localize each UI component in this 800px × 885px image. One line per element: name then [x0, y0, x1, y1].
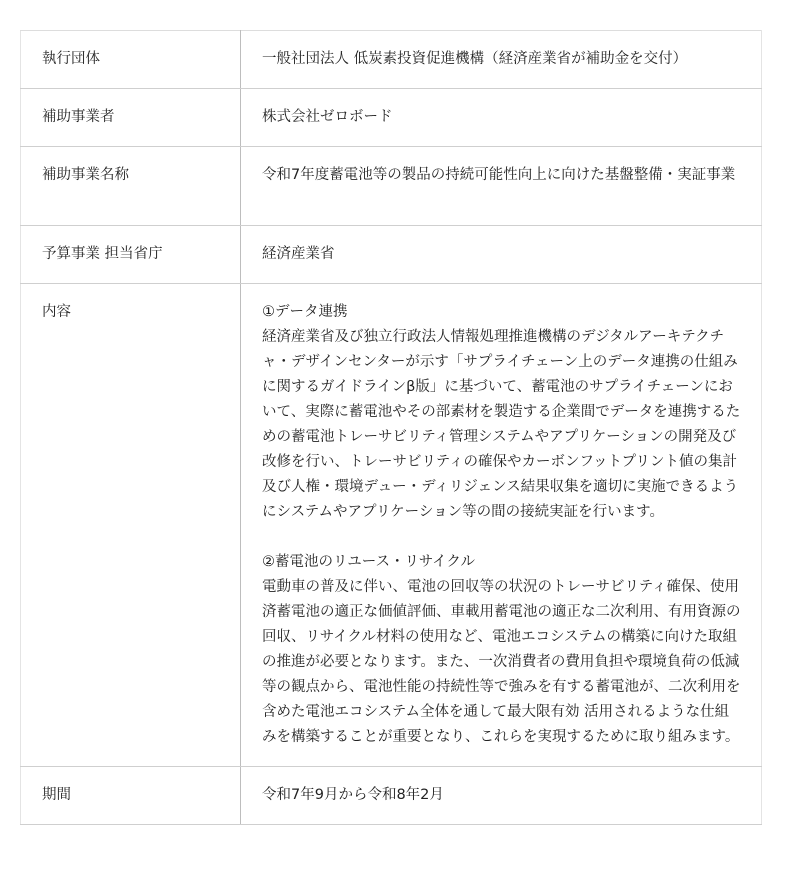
table-row-grantee: 補助事業者 株式会社ゼロボード — [21, 89, 762, 147]
row-label: 執行団体 — [21, 31, 241, 89]
table-row-project-name: 補助事業名称 令和7年度蓄電池等の製品の持続可能性向上に向けた基盤整備・実証事業 — [21, 147, 762, 226]
row-label: 内容 — [21, 284, 241, 767]
row-label: 補助事業者 — [21, 89, 241, 147]
row-label: 期間 — [21, 767, 241, 825]
row-label: 補助事業名称 — [21, 147, 241, 226]
section-body-data-linkage: 経済産業省及び独立行政法人情報処理推進機構のデジタルアーキテクチャ・デザインセン… — [262, 325, 741, 525]
table-row-period: 期間 令和7年9月から令和8年2月 — [21, 767, 762, 825]
row-value: 令和7年9月から令和8年2月 — [241, 767, 762, 825]
project-info-table: 執行団体 一般社団法人 低炭素投資促進機構（経済産業省が補助金を交付） 補助事業… — [20, 30, 762, 825]
table-row-content: 内容 ①データ連携 経済産業省及び独立行政法人情報処理推進機構のデジタルアーキテ… — [21, 284, 762, 767]
row-value: 経済産業省 — [241, 226, 762, 284]
section-body-reuse-recycle: 電動車の普及に伴い、電池の回収等の状況のトレーサビリティ確保、使用済蓄電池の適正… — [262, 575, 741, 750]
table-row-executing-body: 執行団体 一般社団法人 低炭素投資促進機構（経済産業省が補助金を交付） — [21, 31, 762, 89]
row-value: 一般社団法人 低炭素投資促進機構（経済産業省が補助金を交付） — [241, 31, 762, 89]
row-value: 株式会社ゼロボード — [241, 89, 762, 147]
table-row-ministry: 予算事業 担当省庁 経済産業省 — [21, 226, 762, 284]
row-value: 令和7年度蓄電池等の製品の持続可能性向上に向けた基盤整備・実証事業 — [241, 147, 762, 226]
paragraph-gap — [262, 525, 741, 550]
section-heading-data-linkage: ①データ連携 — [262, 300, 741, 325]
section-heading-reuse-recycle: ②蓄電池のリユース・リサイクル — [262, 550, 741, 575]
row-value-content: ①データ連携 経済産業省及び独立行政法人情報処理推進機構のデジタルアーキテクチャ… — [241, 284, 762, 767]
row-label: 予算事業 担当省庁 — [21, 226, 241, 284]
